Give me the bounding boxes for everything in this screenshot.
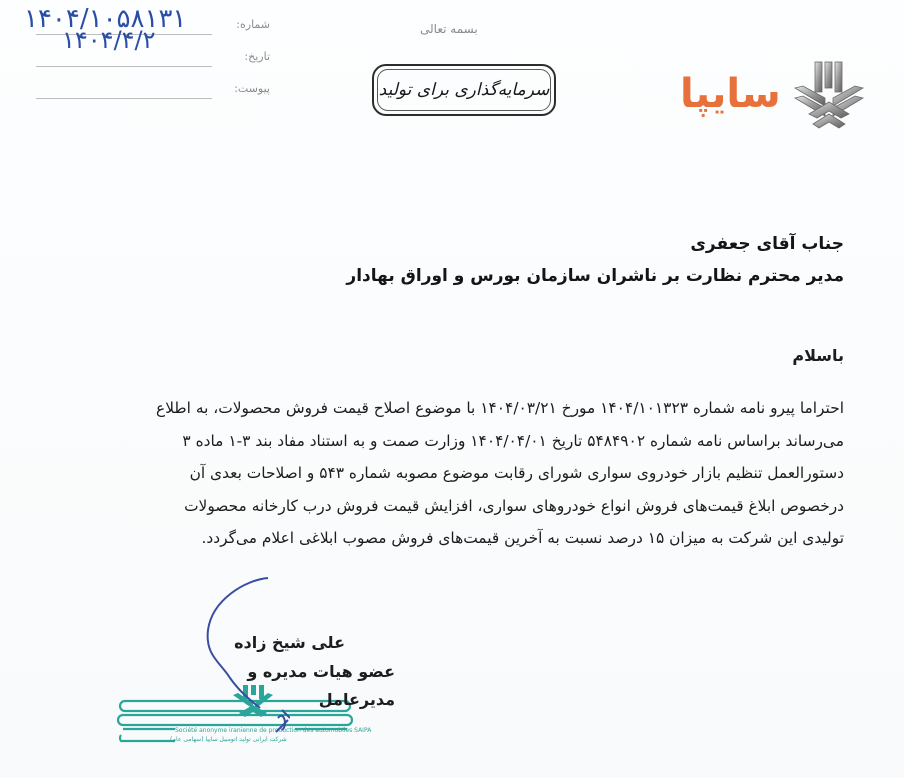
company-logo: سایپا [680, 58, 867, 130]
slogan-text: سرمایه‌گذاری برای تولید [379, 80, 550, 100]
addressee-name: جناب آقای جعفری [346, 228, 844, 260]
date-line [36, 66, 212, 67]
saipa-chevron-logo-icon [791, 58, 867, 130]
invocation: بسمه تعالی [420, 22, 478, 36]
attachment-label: پیوست: [234, 82, 270, 95]
addressee-position: مدیر محترم نظارت بر ناشران سازمان بورس و… [346, 260, 844, 292]
letter-body: احتراما پیرو نامه شماره ۱۴۰۴/۱۰۱۳۲۳ مورخ… [100, 392, 844, 555]
date-label: تاریخ: [244, 50, 270, 63]
attachment-row: پیوست: [30, 72, 270, 104]
body-line: می‌رساند براساس نامه شماره ۵۴۸۴۹۰۲ تاریخ… [100, 425, 844, 458]
greeting: باسلام [792, 346, 844, 365]
logo-text: سایپا [680, 74, 781, 114]
body-line: تولیدی این شرکت به میزان ۱۵ درصد نسبت به… [100, 522, 844, 555]
letter-date-handwritten: ۱۴۰۴/۴/۲ [62, 26, 156, 54]
slogan-frame: سرمایه‌گذاری برای تولید [372, 64, 556, 116]
body-line: دستورالعمل تنظیم بازار خودروی سواری شورا… [100, 457, 844, 490]
attachment-line [36, 98, 212, 99]
body-line: احتراما پیرو نامه شماره ۱۴۰۴/۱۰۱۳۲۳ مورخ… [100, 392, 844, 425]
letter-page: ۱۴۰۴/۱۰۵۸۱۳۱ شماره: ۱۴۰۴/۴/۲ تاریخ: پیوس… [0, 0, 904, 778]
number-label: شماره: [236, 18, 270, 31]
handwritten-signature [150, 570, 290, 740]
body-line: درخصوص ابلاغ قیمت‌های فروش انواع خودروها… [100, 490, 844, 523]
letter-meta: ۱۴۰۴/۱۰۵۸۱۳۱ شماره: ۱۴۰۴/۴/۲ تاریخ: پیوس… [30, 8, 270, 104]
addressee: جناب آقای جعفری مدیر محترم نظارت بر ناشر… [346, 228, 844, 292]
date-row: ۱۴۰۴/۴/۲ تاریخ: [30, 40, 270, 72]
